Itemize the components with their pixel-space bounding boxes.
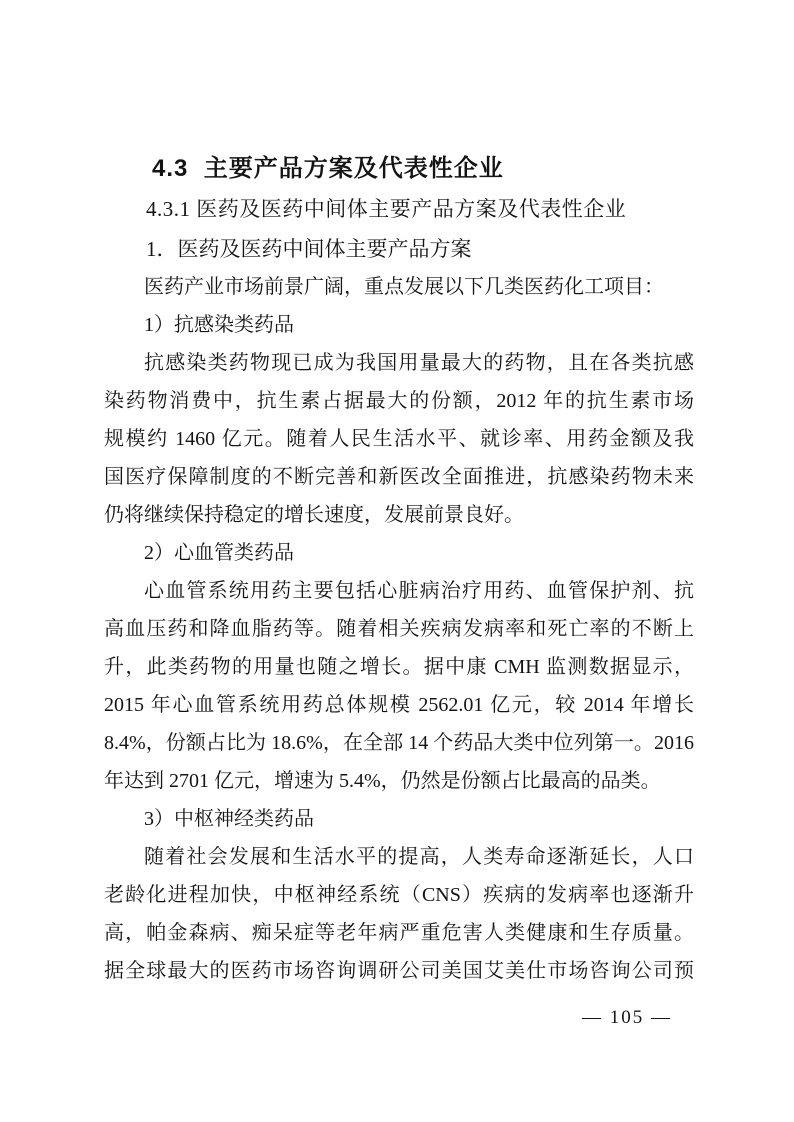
text-line: 高，帕金森病、痴呆症等老年病严重危害人类健康和生存质量。 bbox=[104, 914, 694, 952]
numbered-heading: 1．医药及医药中间体主要产品方案 bbox=[104, 230, 694, 268]
text-line: 2）心血管类药品 bbox=[104, 534, 694, 572]
text-line: 规模约 1460 亿元。随着人民生活水平、就诊率、用药金额及我 bbox=[104, 420, 694, 458]
page-number: — 105 — bbox=[582, 1006, 672, 1030]
section-heading: 4.3 主要产品方案及代表性企业 bbox=[104, 148, 694, 189]
text-line: 8.4%，份额占比为 18.6%，在全部 14 个药品大类中位列第一。2016 bbox=[104, 724, 694, 762]
text-line: 2015 年心血管系统用药总体规模 2562.01 亿元，较 2014 年增长 bbox=[104, 686, 694, 724]
text-line: 3）中枢神经类药品 bbox=[104, 800, 694, 838]
text-line: 随着社会发展和生活水平的提高，人类寿命逐渐延长，人口 bbox=[104, 838, 694, 876]
text-line: 据全球最大的医药市场咨询调研公司美国艾美仕市场咨询公司预 bbox=[104, 952, 694, 990]
page-content: 4.3 主要产品方案及代表性企业4.3.1 医药及医药中间体主要产品方案及代表性… bbox=[104, 148, 694, 990]
text-line: 染药物消费中，抗生素占据最大的份额，2012 年的抗生素市场 bbox=[104, 382, 694, 420]
text-line: 心血管系统用药主要包括心脏病治疗用药、血管保护剂、抗 bbox=[104, 572, 694, 610]
text-line: 高血压药和降血脂药等。随着相关疾病发病率和死亡率的不断上 bbox=[104, 610, 694, 648]
document-page: 4.3 主要产品方案及代表性企业4.3.1 医药及医药中间体主要产品方案及代表性… bbox=[0, 0, 794, 1122]
text-line: 国医疗保障制度的不断完善和新医改全面推进，抗感染药物未来 bbox=[104, 458, 694, 496]
text-line: 医药产业市场前景广阔，重点发展以下几类医药化工项目： bbox=[104, 268, 694, 306]
text-line: 抗感染类药物现已成为我国用量最大的药物，且在各类抗感 bbox=[104, 344, 694, 382]
text-line: 年达到 2701 亿元，增速为 5.4%，仍然是份额占比最高的品类。 bbox=[104, 762, 694, 800]
subsection-heading: 4.3.1 医药及医药中间体主要产品方案及代表性企业 bbox=[104, 189, 694, 230]
text-line: 升，此类药物的用量也随之增长。据中康 CMH 监测数据显示， bbox=[104, 648, 694, 686]
text-line: 1）抗感染类药品 bbox=[104, 306, 694, 344]
text-line: 老龄化进程加快，中枢神经系统（CNS）疾病的发病率也逐渐升 bbox=[104, 876, 694, 914]
text-line: 仍将继续保持稳定的增长速度，发展前景良好。 bbox=[104, 496, 694, 534]
